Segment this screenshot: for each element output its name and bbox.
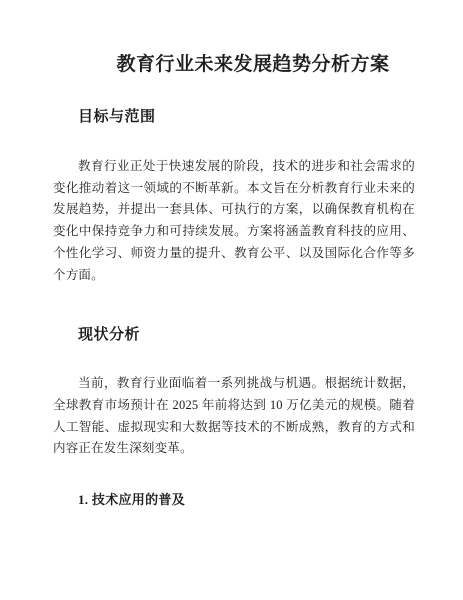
subsection-heading-technology-adoption: 1. 技术应用的普及 [53, 490, 415, 510]
paragraph-goals-and-scope: 教育行业正处于快速发展的阶段，技术的进步和社会需求的变化推动着这一领域的不断革新… [53, 156, 415, 286]
document-title: 教育行业未来发展趋势分析方案 [53, 50, 415, 80]
section-heading-goals-and-scope: 目标与范围 [53, 106, 415, 128]
document-page: 教育行业未来发展趋势分析方案 目标与范围 教育行业正处于快速发展的阶段，技术的进… [0, 0, 463, 600]
paragraph-current-analysis: 当前，教育行业面临着一系列挑战与机遇。根据统计数据，全球教育市场预计在 2025… [53, 373, 415, 460]
section-heading-current-analysis: 现状分析 [53, 324, 415, 346]
